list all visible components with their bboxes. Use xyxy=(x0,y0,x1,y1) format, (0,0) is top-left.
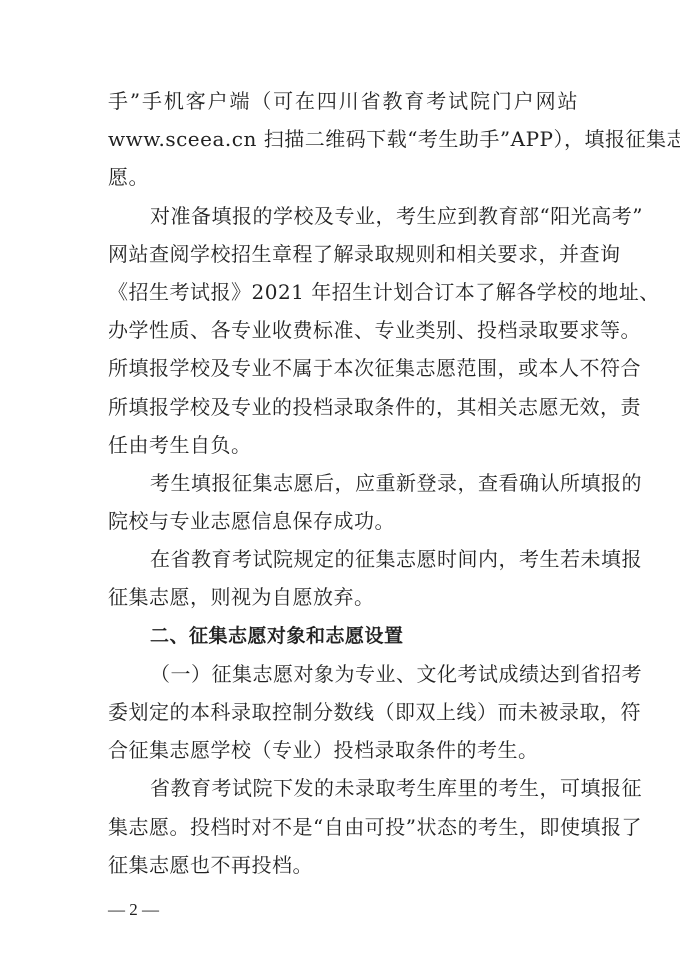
text-line: 省教育考试院下发的未录取考生库里的考生，可填报征 xyxy=(108,769,578,807)
text-line: www.sceea.cn 扫描二维码下载“考生助手”APP），填报征集志 xyxy=(108,120,578,158)
document-page: 手”手机客户端（可在四川省教育考试院门户网站 www.sceea.cn 扫描二维… xyxy=(108,82,578,884)
text-line: 对准备填报的学校及专业，考生应到教育部“阳光高考” xyxy=(108,197,578,235)
text-line: 院校与专业志愿信息保存成功。 xyxy=(108,502,578,540)
text-line: 征集志愿也不再投档。 xyxy=(108,846,578,884)
text-line: 合征集志愿学校（专业）投档录取条件的考生。 xyxy=(108,731,578,769)
text-line: 网站查阅学校招生章程了解录取规则和相关要求，并查询 xyxy=(108,235,578,273)
text-line: 办学性质、各专业收费标准、专业类别、投档录取要求等。 xyxy=(108,311,578,349)
page-number: — 2 — xyxy=(108,900,159,920)
text-line: 集志愿。投档时对不是“自由可投”状态的考生，即使填报了 xyxy=(108,808,578,846)
text-line: 考生填报征集志愿后，应重新登录，查看确认所填报的 xyxy=(108,464,578,502)
text-line: 愿。 xyxy=(108,158,578,196)
text-line: 任由考生自负。 xyxy=(108,426,578,464)
text-line: 《招生考试报》2021 年招生计划合订本了解各学校的地址、 xyxy=(108,273,578,311)
text-line: 所填报学校及专业的投档录取条件的，其相关志愿无效，责 xyxy=(108,388,578,426)
text-line: 委划定的本科录取控制分数线（即双上线）而未被录取，符 xyxy=(108,693,578,731)
text-line: 在省教育考试院规定的征集志愿时间内，考生若未填报 xyxy=(108,540,578,578)
text-line: 手”手机客户端（可在四川省教育考试院门户网站 xyxy=(108,82,578,120)
text-line: 所填报学校及专业不属于本次征集志愿范围，或本人不符合 xyxy=(108,349,578,387)
text-line: 征集志愿，则视为自愿放弃。 xyxy=(108,578,578,616)
text-line: （一）征集志愿对象为专业、文化考试成绩达到省招考 xyxy=(108,655,578,693)
section-heading: 二、征集志愿对象和志愿设置 xyxy=(108,617,578,655)
